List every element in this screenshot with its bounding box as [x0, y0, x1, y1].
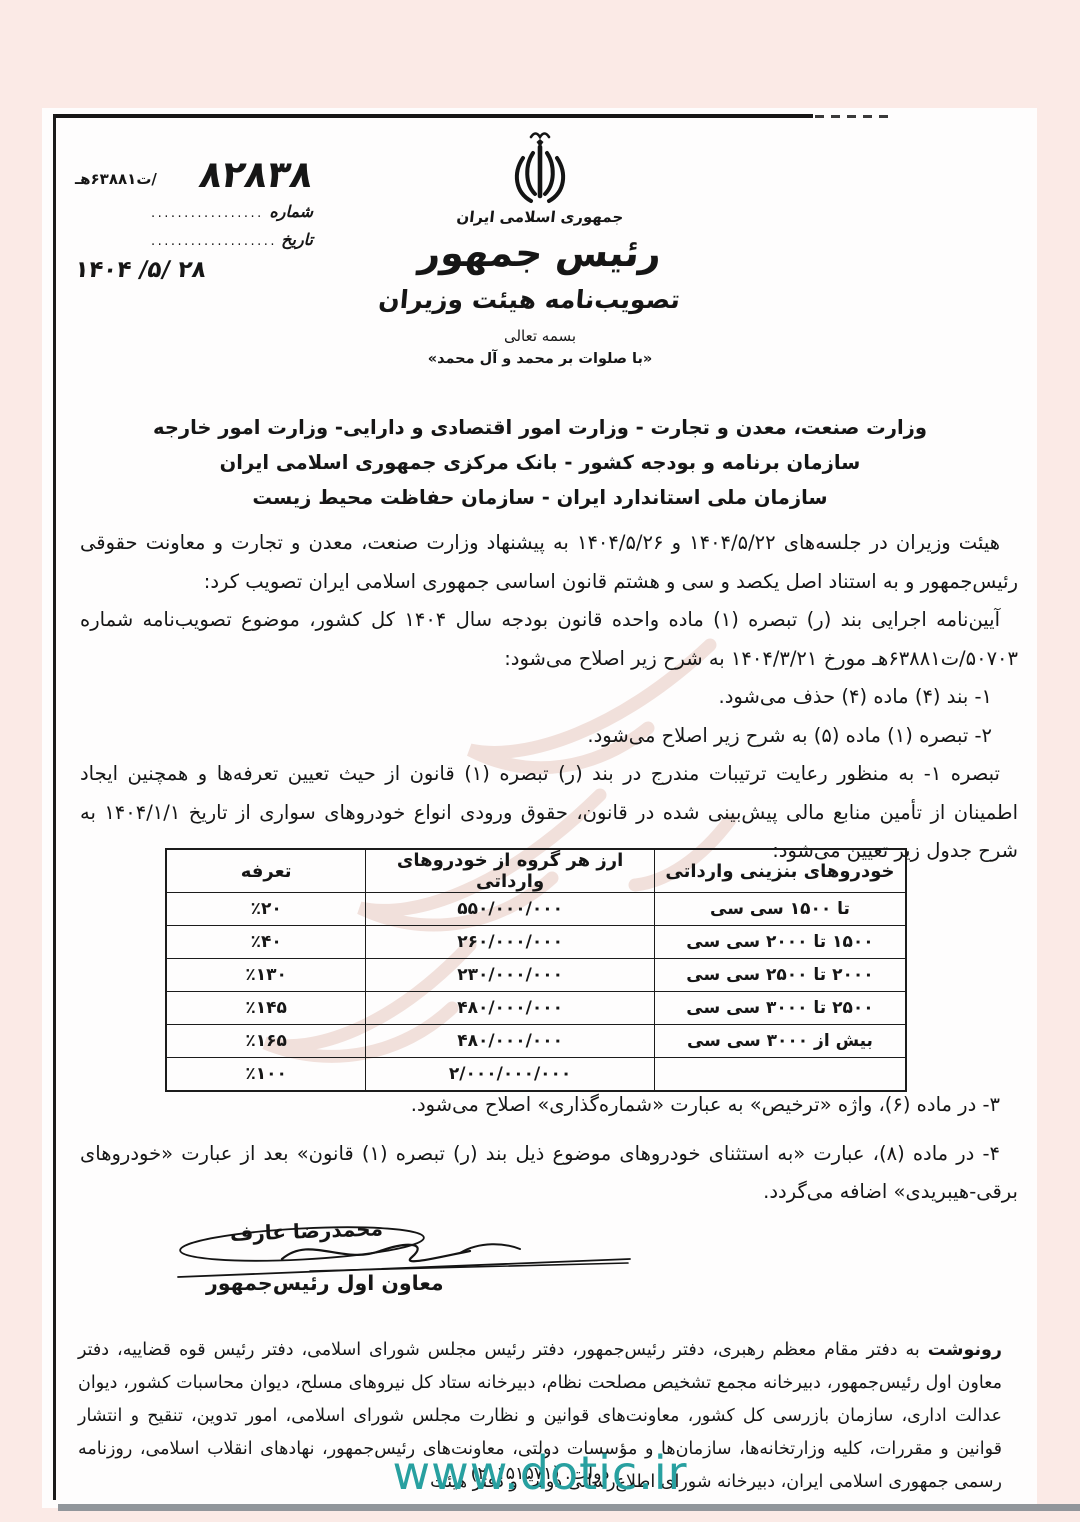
- scan-edge-strip: [58, 1504, 1080, 1511]
- scan-border-top-faded: [815, 115, 895, 118]
- letterhead-left-block: ۸۲۸۳۸ /ت۶۳۸۸۱هـ شماره ..................…: [75, 156, 313, 283]
- amendment-item-4: ۴- در ماده (۸)، عبارت «به استثنای خودروه…: [80, 1135, 1018, 1212]
- recipients-line-1: وزارت صنعت، معدن و تجارت - وزارت امور اق…: [90, 410, 990, 445]
- table-row: بیش از ۳۰۰۰ سی سی ۴۸۰/۰۰۰/۰۰۰ ٪۱۶۵: [166, 1025, 906, 1058]
- decree-body-lower: ۳- در ماده (۶)، واژه «ترخیص» به عبارت «ش…: [80, 1086, 1018, 1222]
- iran-emblem-icon: [511, 130, 569, 204]
- amendment-item-3: ۳- در ماده (۶)، واژه «ترخیص» به عبارت «ش…: [80, 1086, 1018, 1125]
- country-name: جمهوری اسلامی ایران: [399, 208, 681, 226]
- signer-title: معاون اول رئیس‌جمهور: [206, 1271, 444, 1295]
- table-row: ۱۵۰۰ تا ۲۰۰۰ سی سی ۲۶۰/۰۰۰/۰۰۰ ٪۴۰: [166, 926, 906, 959]
- date-dotted-line: ......................: [151, 234, 274, 249]
- cell-category: ۲۰۰۰ تا ۲۵۰۰ سی سی: [654, 959, 906, 992]
- letterhead-center-block: جمهوری اسلامی ایران رئیس جمهور تصویب‌نام…: [400, 130, 680, 367]
- date-label: تاریخ: [281, 230, 313, 249]
- cell-currency: ۴۸۰/۰۰۰/۰۰۰: [366, 1025, 655, 1058]
- cell-currency: ۴۸۰/۰۰۰/۰۰۰: [366, 992, 655, 1025]
- number-label-row: شماره ......................: [151, 202, 313, 221]
- cell-category: تا ۱۵۰۰ سی سی: [654, 893, 906, 926]
- amendment-item-2: ۲- تبصره (۱) ماده (۵) به شرح زیر اصلاح م…: [80, 717, 1018, 756]
- date-label-row: تاریخ ......................: [151, 230, 313, 249]
- document-number-row: ۸۲۸۳۸ /ت۶۳۸۸۱هـ: [75, 156, 313, 193]
- cell-category: ۲۵۰۰ تا ۳۰۰۰ سی سی: [654, 992, 906, 1025]
- cell-currency: ۲۶۰/۰۰۰/۰۰۰: [366, 926, 655, 959]
- header-tariff: تعرفه: [166, 849, 366, 893]
- cell-tariff: ٪۴۰: [166, 926, 366, 959]
- scan-border-top: [55, 114, 813, 118]
- cell-tariff: ٪۲۰: [166, 893, 366, 926]
- dotic-site-watermark: www.dotic.ir: [0, 1446, 1080, 1500]
- table-row: ۲۵۰۰ تا ۳۰۰۰ سی سی ۴۸۰/۰۰۰/۰۰۰ ٪۱۴۵: [166, 992, 906, 1025]
- table-row: ۲۰۰۰ تا ۲۵۰۰ سی سی ۲۳۰/۰۰۰/۰۰۰ ٪۱۳۰: [166, 959, 906, 992]
- recipients-block: وزارت صنعت، معدن و تجارت - وزارت امور اق…: [90, 410, 990, 515]
- amendment-item-1: ۱- بند (۴) ماده (۴) حذف می‌شود.: [80, 678, 1018, 717]
- besmele-line: بسمه تعالی: [400, 327, 680, 345]
- office-title-calligraphy: رئیس جمهور: [398, 232, 682, 276]
- signature-block: محمدرضا عارف معاون اول رئیس‌جمهور: [160, 1213, 650, 1308]
- recipients-line-2: سازمان برنامه و بودجه کشور - بانک مرکزی …: [90, 445, 990, 480]
- decree-body-upper: هیئت وزیران در جلسه‌های ۱۴۰۴/۵/۲۲ و ۱۴۰۴…: [80, 524, 1018, 871]
- cc-lead-word: رونوشت: [928, 1340, 1002, 1360]
- cell-tariff: ٪۱۴۵: [166, 992, 366, 1025]
- header-category: خودروهای بنزینی وارداتی: [654, 849, 906, 893]
- salawat-line: «با صلوات بر محمد و آل محمد»: [400, 351, 680, 367]
- header-currency: ارز هر گروه از خودروهای وارداتی: [366, 849, 655, 893]
- handwritten-document-number: ۸۲۸۳۸: [197, 156, 316, 193]
- paragraph-regulation: آیین‌نامه اجرایی بند (ر) تبصره (۱) ماده …: [80, 601, 1018, 678]
- document-number-suffix: /ت۶۳۸۸۱هـ: [75, 170, 157, 193]
- paragraph-approval: هیئت وزیران در جلسه‌های ۱۴۰۴/۵/۲۲ و ۱۴۰۴…: [80, 524, 1018, 601]
- handwritten-date: ۱۴۰۴ /۵/ ۲۸: [73, 257, 277, 283]
- cell-tariff: ٪۱۶۵: [166, 1025, 366, 1058]
- recipients-line-3: سازمان ملی استاندارد ایران - سازمان حفاظ…: [90, 480, 990, 515]
- import-tariff-table: خودروهای بنزینی وارداتی ارز هر گروه از خ…: [165, 848, 907, 1092]
- cell-currency: ۵۵۰/۰۰۰/۰۰۰: [366, 893, 655, 926]
- number-dotted-line: ......................: [151, 206, 262, 221]
- cell-category: ۱۵۰۰ تا ۲۰۰۰ سی سی: [654, 926, 906, 959]
- number-label: شماره: [269, 202, 313, 221]
- table-row: تا ۱۵۰۰ سی سی ۵۵۰/۰۰۰/۰۰۰ ٪۲۰: [166, 893, 906, 926]
- scanned-decree-page: ۸۲۸۳۸ /ت۶۳۸۸۱هـ شماره ..................…: [0, 0, 1080, 1522]
- table-header-row: خودروهای بنزینی وارداتی ارز هر گروه از خ…: [166, 849, 906, 893]
- cell-tariff: ٪۱۳۰: [166, 959, 366, 992]
- cell-category: بیش از ۳۰۰۰ سی سی: [654, 1025, 906, 1058]
- cell-currency: ۲۳۰/۰۰۰/۰۰۰: [366, 959, 655, 992]
- document-type-calligraphy: تصویب‌نامه هیئت وزیران: [399, 285, 682, 314]
- scan-border-left: [53, 114, 56, 1500]
